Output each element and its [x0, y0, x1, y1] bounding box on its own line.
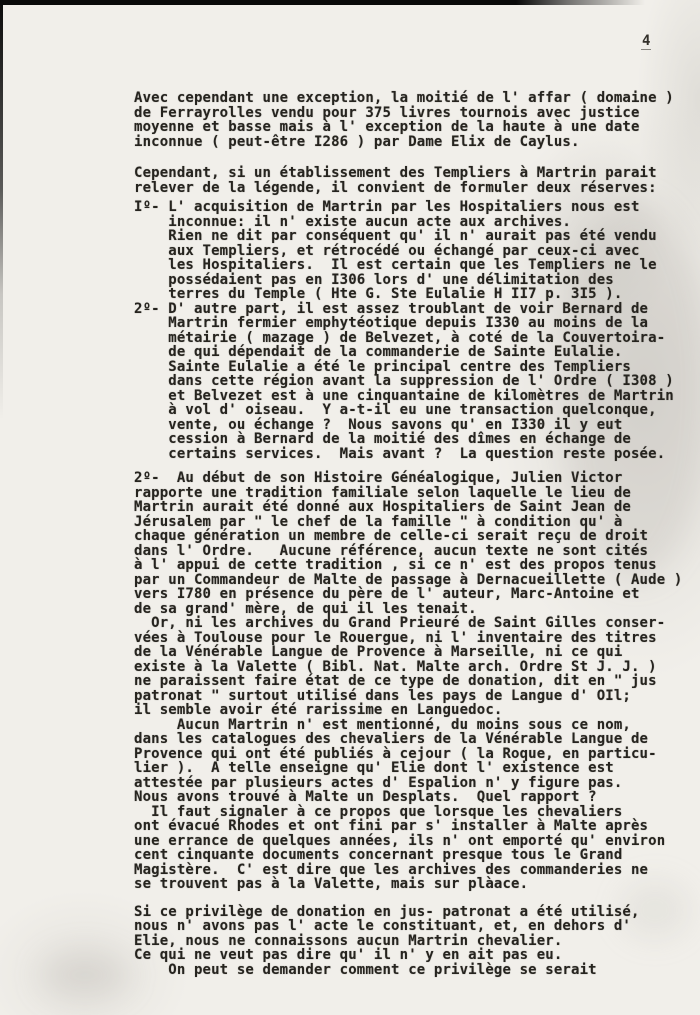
paragraph-final-line: On peut se demander comment ce privilège… [134, 963, 700, 978]
text-column: Avec cependant une exception, la moitié … [134, 91, 700, 977]
scan-edge-top [0, 0, 645, 5]
paragraph-histoire-genealogique: 2º- Au début de son Histoire Généalogiqu… [134, 471, 700, 892]
paragraph-privilege-donation: Si ce privilège de donation en jus- patr… [134, 905, 700, 963]
paragraph-ferrayrolles-exception: Avec cependant une exception, la moitié … [134, 91, 700, 149]
scan-edge-left [0, 0, 3, 420]
list-item-2-bernard-de-martrin: 2º- D' autre part, il est assez troublan… [134, 302, 700, 462]
paper-stain [40, 950, 130, 1000]
list-item-1-acquisition: Iº- L' acquisition de Martrin par les Ho… [134, 200, 700, 302]
page-number: 4 [641, 33, 651, 50]
scanned-document-page: 4 Avec cependant une exception, la moiti… [0, 0, 700, 1015]
paragraph-deux-reserves: Cependant, si un établissement des Templ… [134, 166, 700, 195]
